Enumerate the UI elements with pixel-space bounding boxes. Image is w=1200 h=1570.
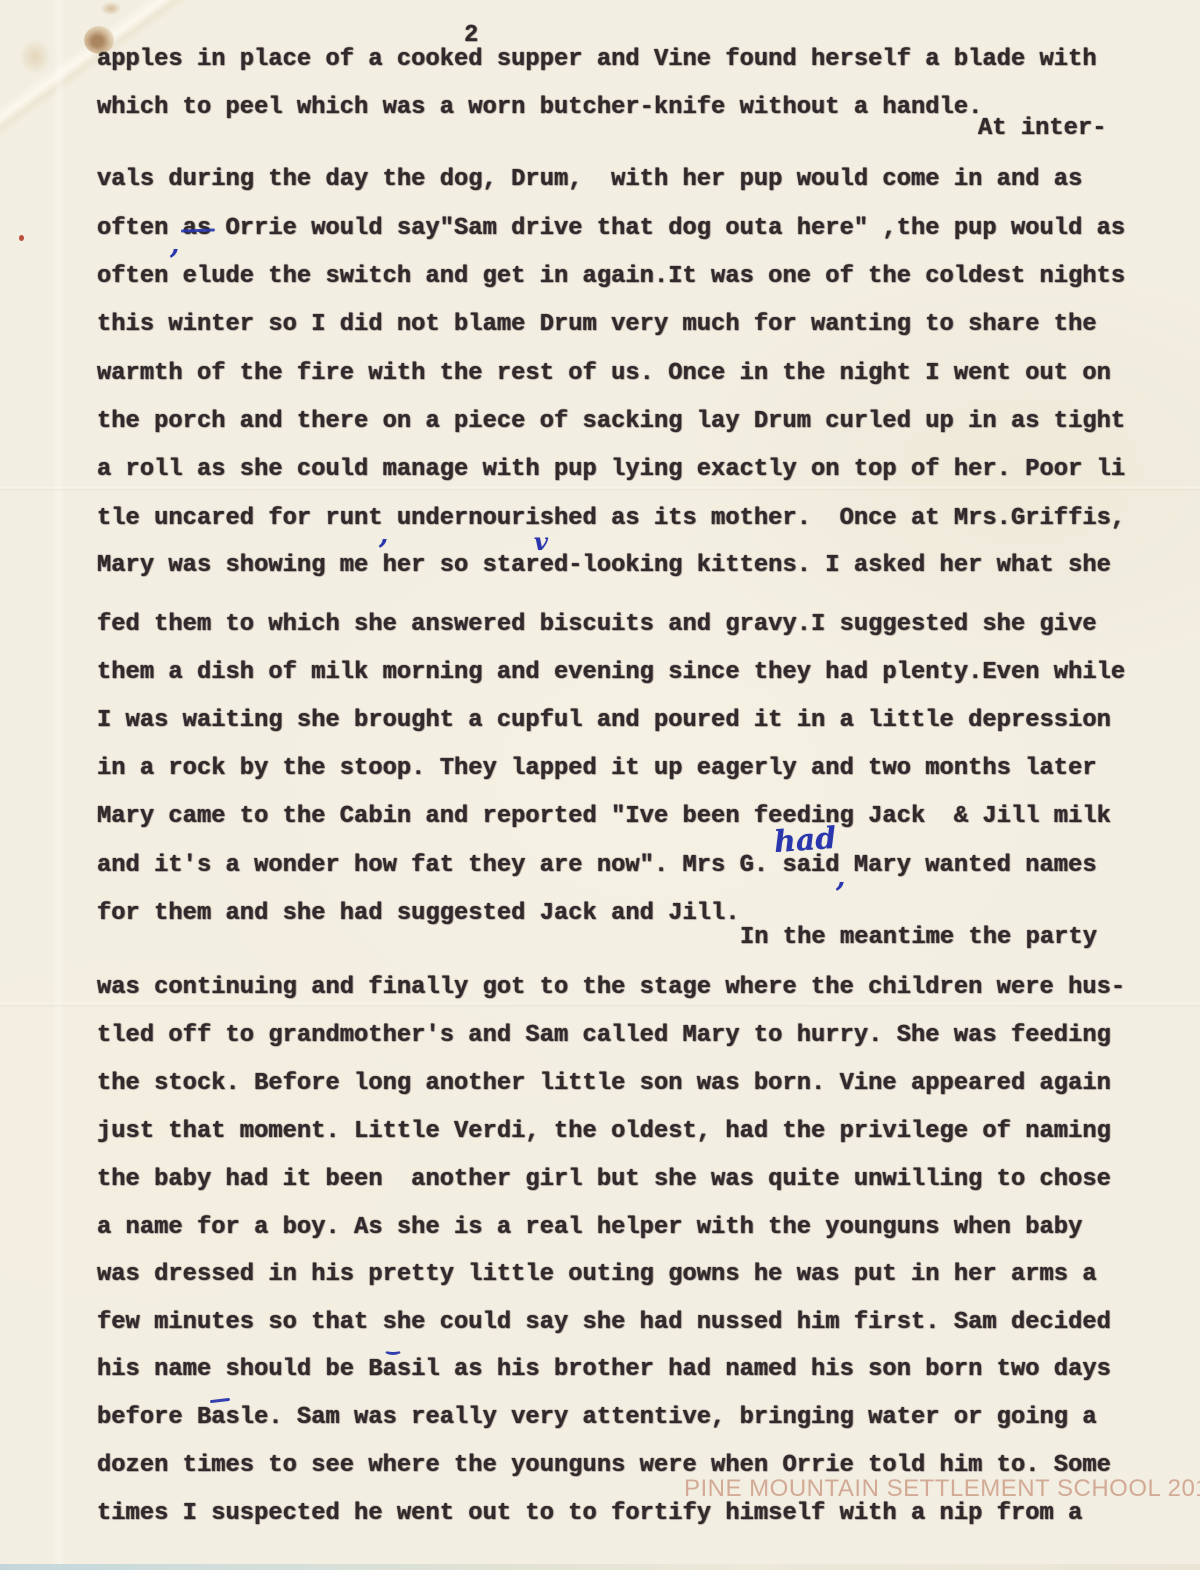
handwritten-annotation-letter: v [534,530,548,554]
typed-line: was continuing and finally got to the st… [97,976,1125,1000]
page-number: 2 [464,22,478,49]
typed-line: few minutes so that she could say she ha… [97,1311,1111,1335]
document-page: 2 apples in place of a cooked supper and… [0,0,1200,1570]
typed-line: Mary was showing me her so stared-lookin… [97,554,1111,578]
scan-edge [0,1564,1200,1570]
typed-line: Mary came to the Cabin and reported "Ive… [97,805,1111,829]
typed-line: the baby had it been another girl but sh… [97,1168,1111,1192]
typed-line: and it's a wonder how fat they are now".… [97,854,1097,878]
handwritten-annotation-comma: , [170,231,179,258]
typed-line: which to peel which was a worn butcher-k… [97,96,982,120]
typed-line: vals during the day the dog, Drum, with … [97,168,1082,192]
typed-line: often elude the switch and get in again.… [97,265,1125,289]
stain [20,40,50,74]
typed-line: the porch and there on a piece of sackin… [97,410,1125,434]
paper-crease [0,486,1200,491]
typed-line: In the meantime the party [740,926,1097,950]
typed-line: fed them to which she answered biscuits … [97,613,1097,637]
typed-line: warmth of the fire with the rest of us. … [97,362,1111,386]
typed-line: them a dish of milk morning and evening … [97,661,1125,685]
typed-line: often as Orrie would say"Sam drive that … [97,217,1125,241]
typed-line: in a rock by the stoop. They lapped it u… [97,757,1097,781]
typed-line: before Basle. Sam was really very attent… [97,1406,1097,1430]
typed-line: just that moment. Little Verdi, the olde… [97,1120,1111,1144]
paper-crease [0,1002,1200,1007]
typed-line: his name should be Basil as his brother … [97,1358,1111,1382]
typed-line: a name for a boy. As she is a real helpe… [97,1216,1082,1240]
watermark: PINE MOUNTAIN SETTLEMENT SCHOOL 2015 [684,1475,1200,1503]
handwritten-annotation-breve [384,1346,402,1355]
typed-line: tled off to grandmother's and Sam called… [97,1024,1111,1048]
typed-line: I was waiting she brought a cupful and p… [97,709,1111,733]
handwritten-annotation-comma: , [836,864,845,891]
typed-line: this winter so I did not blame Drum very… [97,313,1097,337]
red-speck [19,235,24,241]
stain [101,2,121,15]
typed-line: a roll as she could manage with pup lyin… [97,458,1125,482]
typed-line: apples in place of a cooked supper and V… [97,48,1097,72]
typed-line: times I suspected he went out to to fort… [97,1502,1082,1526]
handwritten-annotation-macron [210,1398,230,1403]
typed-line: was dressed in his pretty little outing … [97,1263,1097,1287]
paper-streak [52,0,66,1570]
typed-line: for them and she had suggested Jack and … [97,902,740,926]
typed-line: tle uncared for runt undernourished as i… [97,507,1125,531]
handwritten-annotation-comma: , [379,521,388,548]
handwritten-annotation-word: had [773,824,837,858]
paper-corner-crease [0,0,245,159]
typed-line: At inter- [978,117,1107,141]
typed-line: the stock. Before long another little so… [97,1072,1111,1096]
